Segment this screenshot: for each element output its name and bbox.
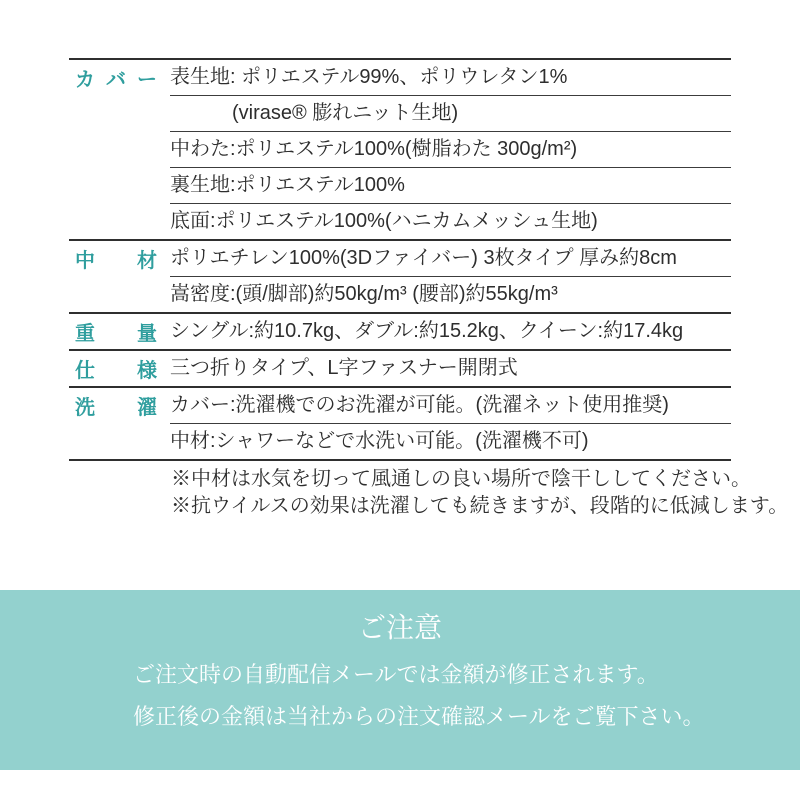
spec-row: 中わた:ポリエステル100%(樹脂わた 300g/m²) bbox=[170, 131, 731, 167]
spec-section-label: 重量 bbox=[69, 314, 170, 349]
spec-row: 三つ折りタイプ、L字ファスナー開閉式 bbox=[170, 351, 731, 386]
care-note-line: ※抗ウイルスの効果は洗濯しても続きますが、段階的に低減します。 bbox=[171, 493, 788, 520]
notice-line: ご注文時の自動配信メールでは金額が修正されます。 bbox=[133, 654, 800, 696]
spec-section-label: 仕様 bbox=[69, 351, 170, 386]
notice-line: 修正後の金額は当社からの注文確認メールをご覧下さい。 bbox=[133, 696, 800, 738]
spec-section-label: 洗濯 bbox=[69, 388, 170, 459]
spec-section-content: 表生地: ポリエステル99%、ポリウレタン1%(virase® 膨れニット生地)… bbox=[170, 60, 731, 239]
spec-section-label-text: 重量 bbox=[75, 314, 157, 349]
spec-row: 表生地: ポリエステル99%、ポリウレタン1% bbox=[170, 60, 731, 95]
spec-row: 底面:ポリエステル100%(ハニカムメッシュ生地) bbox=[170, 203, 731, 239]
spec-section-label: 中材 bbox=[69, 241, 170, 312]
spec-row: カバー:洗濯機でのお洗濯が可能。(洗濯ネット使用推奨) bbox=[170, 388, 731, 423]
care-notes: ※中材は水気を切って風通しの良い場所で陰干ししてください。※抗ウイルスの効果は洗… bbox=[171, 466, 788, 520]
spec-row: シングル:約10.7kg、ダブル:約15.2kg、クイーン:約17.4kg bbox=[170, 314, 731, 349]
notice-title: ご注意 bbox=[0, 590, 800, 644]
notice-body: ご注文時の自動配信メールでは金額が修正されます。修正後の金額は当社からの注文確認… bbox=[133, 654, 800, 738]
spec-section: 洗濯カバー:洗濯機でのお洗濯が可能。(洗濯ネット使用推奨)中材:シャワーなどで水… bbox=[69, 386, 731, 459]
spec-section-content: ポリエチレン100%(3Dファイバー) 3枚タイプ 厚み約8cm嵩密度:(頭/脚… bbox=[170, 241, 731, 312]
spec-section: 仕様三つ折りタイプ、L字ファスナー開閉式 bbox=[69, 349, 731, 386]
spec-section-content: カバー:洗濯機でのお洗濯が可能。(洗濯ネット使用推奨)中材:シャワーなどで水洗い… bbox=[170, 388, 731, 459]
spec-section-content: シングル:約10.7kg、ダブル:約15.2kg、クイーン:約17.4kg bbox=[170, 314, 731, 349]
spec-section-label-text: カバー bbox=[75, 60, 157, 95]
spec-section: 重量シングル:約10.7kg、ダブル:約15.2kg、クイーン:約17.4kg bbox=[69, 312, 731, 349]
spec-row: 裏生地:ポリエステル100% bbox=[170, 167, 731, 203]
spec-row: 中材:シャワーなどで水洗い可能。(洗濯機不可) bbox=[170, 423, 731, 459]
spec-section-content: 三つ折りタイプ、L字ファスナー開閉式 bbox=[170, 351, 731, 386]
notice-box: ご注意 ご注文時の自動配信メールでは金額が修正されます。修正後の金額は当社からの… bbox=[0, 590, 800, 770]
spec-row: 嵩密度:(頭/脚部)約50kg/m³ (腰部)約55kg/m³ bbox=[170, 276, 731, 312]
spec-section-label-text: 洗濯 bbox=[75, 388, 157, 423]
product-spec-table: カバー表生地: ポリエステル99%、ポリウレタン1%(virase® 膨れニット… bbox=[69, 58, 731, 461]
spec-section-label-text: 中材 bbox=[75, 241, 157, 276]
spec-section-label: カバー bbox=[69, 60, 170, 239]
spec-section: 中材ポリエチレン100%(3Dファイバー) 3枚タイプ 厚み約8cm嵩密度:(頭… bbox=[69, 239, 731, 312]
spec-row: (virase® 膨れニット生地) bbox=[170, 95, 731, 131]
spec-row: ポリエチレン100%(3Dファイバー) 3枚タイプ 厚み約8cm bbox=[170, 241, 731, 276]
spec-section-label-text: 仕様 bbox=[75, 351, 157, 386]
spec-section: カバー表生地: ポリエステル99%、ポリウレタン1%(virase® 膨れニット… bbox=[69, 60, 731, 239]
care-note-line: ※中材は水気を切って風通しの良い場所で陰干ししてください。 bbox=[171, 466, 788, 493]
